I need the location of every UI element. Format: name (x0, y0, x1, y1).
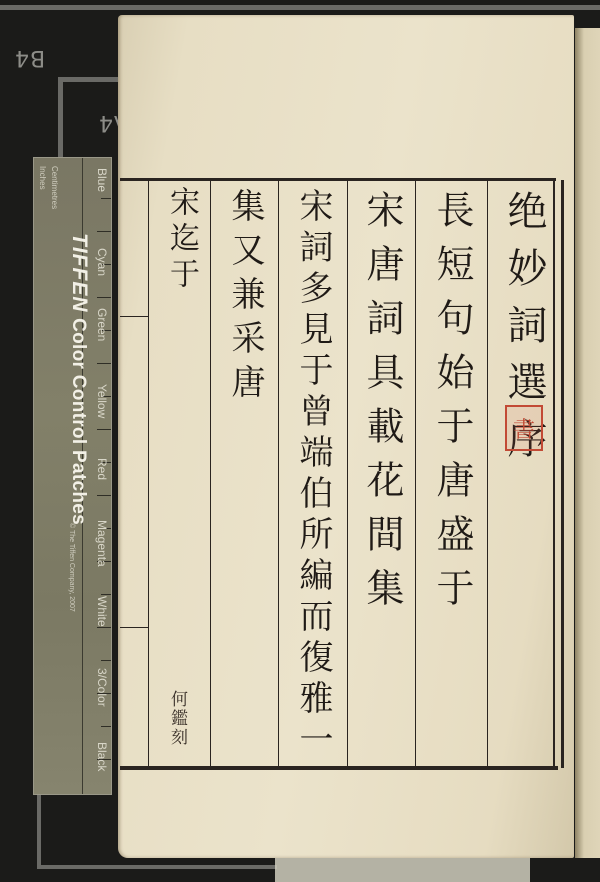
column-divider (278, 180, 279, 768)
frame-line-inner-top (58, 77, 120, 82)
patch-black: Black (95, 742, 109, 771)
column-divider (210, 180, 211, 768)
column-4: 宋詞多見于曾端伯所編而復雅一 (287, 188, 339, 762)
patch-green: Green (95, 308, 109, 341)
patch-red: Red (95, 458, 109, 480)
units-centimetres: Centimetres (50, 166, 59, 209)
mirrored-label-b4: B4 (14, 45, 45, 70)
column-divider (487, 180, 488, 768)
column-3-text: 宋唐詞具載花間集 (356, 190, 408, 622)
bottom-border-rule (120, 766, 558, 770)
margin-rule-top (120, 316, 148, 317)
column-5: 集又兼采唐 (219, 188, 271, 408)
red-seal-stamp: 書 (505, 405, 543, 451)
patch-blue: Blue (95, 168, 109, 192)
column-2-text: 長短句始于唐盛于 (424, 190, 480, 622)
frame-line-inner-left (58, 77, 63, 157)
color-control-strip: Blue Cyan Green Yellow Red Magenta White… (33, 157, 112, 795)
column-5-text: 集又兼采唐 (219, 188, 271, 408)
carver-credit: 何鑑刻 (122, 690, 188, 747)
patch-magenta: Magenta (95, 520, 109, 567)
carver-text: 何鑑刻 (122, 690, 188, 747)
column-divider (347, 180, 348, 768)
column-6: 宋迄于 (157, 186, 205, 294)
frame-line-lower-left (37, 795, 41, 867)
frame-line-top (0, 5, 600, 10)
frame-line-bottom (37, 865, 277, 869)
adjacent-page (575, 28, 600, 858)
patch-white: White (95, 596, 109, 627)
column-divider (415, 180, 416, 768)
column-6-text: 宋迄于 (157, 186, 205, 294)
strip-text-rotated: Blue Cyan Green Yellow Red Magenta White… (34, 158, 112, 795)
color-patch-labels: Blue Cyan Green Yellow Red Magenta White… (91, 158, 109, 778)
brand-logo: TIFFEN (68, 233, 91, 313)
margin-rule-bottom (120, 627, 148, 628)
column-2: 長短句始于唐盛于 (424, 190, 480, 622)
patch-yellow: Yellow (95, 384, 109, 418)
patch-3color: 3/Color (95, 668, 109, 707)
patch-cyan: Cyan (95, 248, 109, 276)
copyright-text: © The Tiffen Company, 2007 (68, 523, 75, 612)
tissue-paper (275, 858, 530, 882)
product-name: Color Control Patches (68, 318, 89, 525)
top-border-rule (120, 178, 556, 181)
inner-left-rule (148, 180, 149, 768)
tiffen-brand: TIFFEN Color Control Patches (67, 233, 91, 525)
outer-right-rule-2 (561, 180, 564, 768)
units-inches: Inches (38, 166, 47, 190)
column-3: 宋唐詞具載花間集 (356, 190, 408, 622)
outer-right-rule-1 (553, 180, 555, 768)
column-4-text: 宋詞多見于曾端伯所編而復雅一 (287, 188, 339, 762)
